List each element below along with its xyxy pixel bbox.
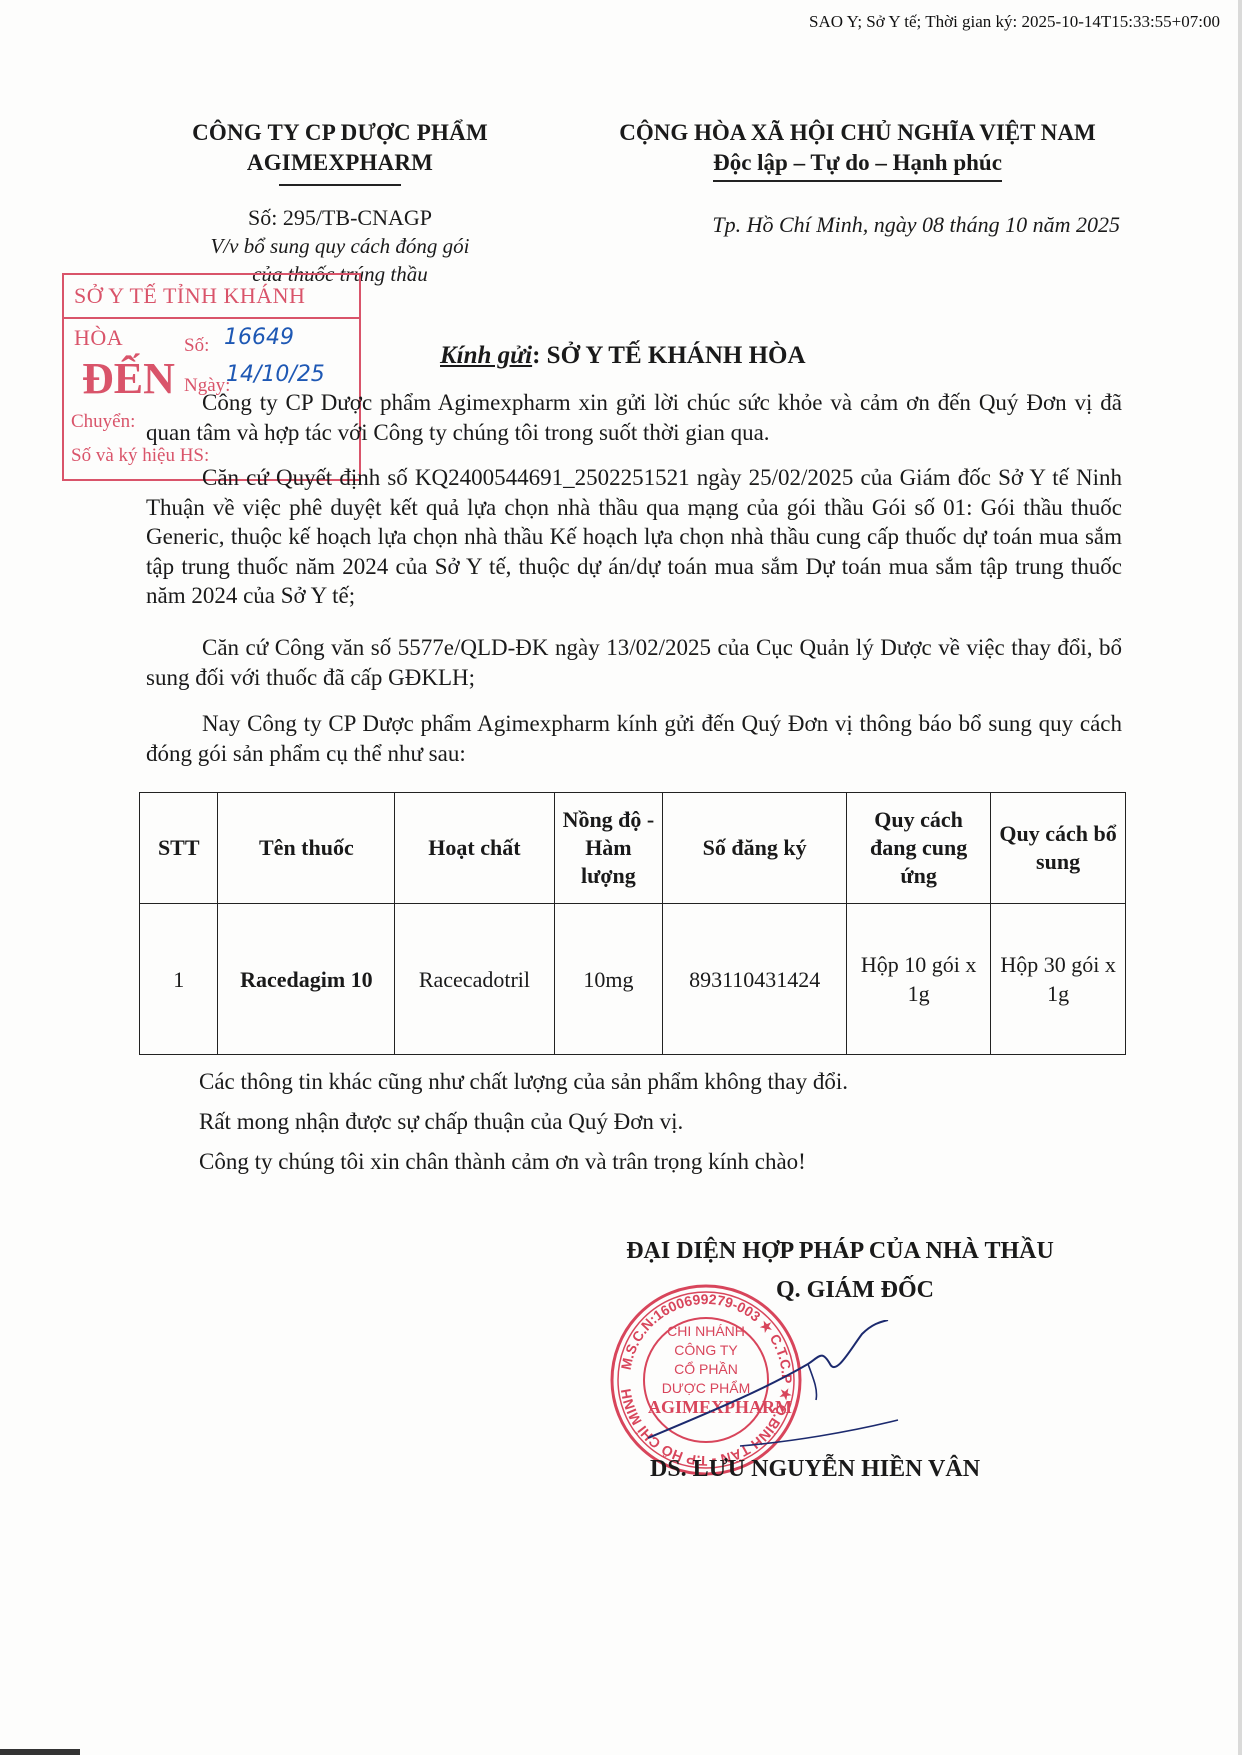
issuer-header: CÔNG TY CP DƯỢC PHẨM AGIMEXPHARM Số: 295…: [140, 118, 540, 288]
recipient-label: Kính gửi: [440, 342, 532, 369]
cell-stt: 1: [140, 904, 218, 1055]
issuer-underline: [279, 184, 401, 186]
recipient-name: : SỞ Y TẾ KHÁNH HÒA: [532, 342, 805, 369]
drug-packaging-table: STT Tên thuốc Hoạt chất Nồng độ - Hàm lư…: [139, 792, 1126, 1055]
table-header-row: STT Tên thuốc Hoạt chất Nồng độ - Hàm lư…: [140, 793, 1126, 904]
issuer-org-line2: AGIMEXPHARM: [140, 148, 540, 178]
digital-signature-header: SAO Y; Sở Y tế; Thời gian ký: 2025-10-14…: [809, 12, 1220, 32]
stamp-authority: SỞ Y TẾ TỈNH KHÁNH HÒA: [64, 275, 359, 319]
paragraph-text: Công ty CP Dược phẩm Agimexpharm xin gửi…: [146, 388, 1122, 447]
header-active-ingredient: Hoạt chất: [395, 793, 554, 904]
received-stamp: SỞ Y TẾ TỈNH KHÁNH HÒA ĐẾN Số: 16649 Ngà…: [62, 273, 361, 481]
header-drug-name: Tên thuốc: [218, 793, 395, 904]
paragraph-text: Nay Công ty CP Dược phẩm Agimexpharm kín…: [146, 709, 1122, 768]
closing-line: Các thông tin khác cũng như chất lượng c…: [199, 1062, 848, 1102]
header-added-packaging: Quy cách bổ sung: [991, 793, 1126, 904]
cell-registration-number: 893110431424: [663, 904, 847, 1055]
paragraph-notice: Nay Công ty CP Dược phẩm Agimexpharm kín…: [146, 709, 1122, 768]
paragraph-basis-dispatch: Căn cứ Công văn số 5577e/QLD-ĐK ngày 13/…: [146, 633, 1122, 692]
nation-title: CỘNG HÒA XÃ HỘI CHỦ NGHĨA VIỆT NAM: [575, 118, 1140, 148]
stamp-ngay-handwritten: 14/10/25: [226, 362, 325, 387]
handwritten-signature-icon: [640, 1320, 900, 1470]
closing-lines: Các thông tin khác cũng như chất lượng c…: [199, 1062, 848, 1182]
scan-edge-mark: [0, 1749, 80, 1755]
paragraph-basis-decision: Căn cứ Quyết định số KQ2400544691_250225…: [146, 463, 1122, 611]
national-header: CỘNG HÒA XÃ HỘI CHỦ NGHĨA VIỆT NAM Độc l…: [575, 118, 1140, 238]
cell-drug-name: Racedagim 10: [218, 904, 395, 1055]
signer-name: DS. LƯU NGUYỄN HIỀN VÂN: [650, 1456, 980, 1483]
header-strength: Nồng độ - Hàm lượng: [554, 793, 663, 904]
closing-line: Công ty chúng tôi xin chân thành cảm ơn …: [199, 1142, 848, 1182]
document-subject-line1: V/v bổ sung quy cách đóng gói: [140, 232, 540, 260]
place-date: Tp. Hồ Chí Minh, ngày 08 tháng 10 năm 20…: [575, 212, 1140, 238]
national-motto: Độc lập – Tự do – Hạnh phúc: [713, 148, 1002, 182]
signature-title: ĐẠI DIỆN HỢP PHÁP CỦA NHÀ THẦU: [580, 1238, 1100, 1265]
stamp-so-label: Số:: [184, 335, 209, 357]
stamp-so-handwritten: 16649: [224, 325, 294, 350]
header-current-packaging: Quy cách đang cung ứng: [847, 793, 991, 904]
issuer-org-line1: CÔNG TY CP DƯỢC PHẨM: [140, 118, 540, 148]
document-number: Số: 295/TB-CNAGP: [140, 204, 540, 232]
stamp-chuyen-label: Chuyển:: [71, 411, 135, 433]
cell-active-ingredient: Racecadotril: [395, 904, 554, 1055]
header-registration-number: Số đăng ký: [663, 793, 847, 904]
header-stt: STT: [140, 793, 218, 904]
closing-line: Rất mong nhận được sự chấp thuận của Quý…: [199, 1102, 848, 1142]
table-row: 1 Racedagim 10 Racecadotril 10mg 8931104…: [140, 904, 1126, 1055]
paragraph-text: Căn cứ Quyết định số KQ2400544691_250225…: [146, 463, 1122, 611]
recipient-line: Kính gửi: SỞ Y TẾ KHÁNH HÒA: [440, 342, 806, 370]
cell-added-packaging: Hộp 30 gói x 1g: [991, 904, 1126, 1055]
paragraph-text: Căn cứ Công văn số 5577e/QLD-ĐK ngày 13/…: [146, 633, 1122, 692]
paragraph-greeting: Công ty CP Dược phẩm Agimexpharm xin gửi…: [146, 388, 1122, 447]
scan-right-edge: [1238, 0, 1242, 1755]
cell-current-packaging: Hộp 10 gói x 1g: [847, 904, 991, 1055]
cell-strength: 10mg: [554, 904, 663, 1055]
